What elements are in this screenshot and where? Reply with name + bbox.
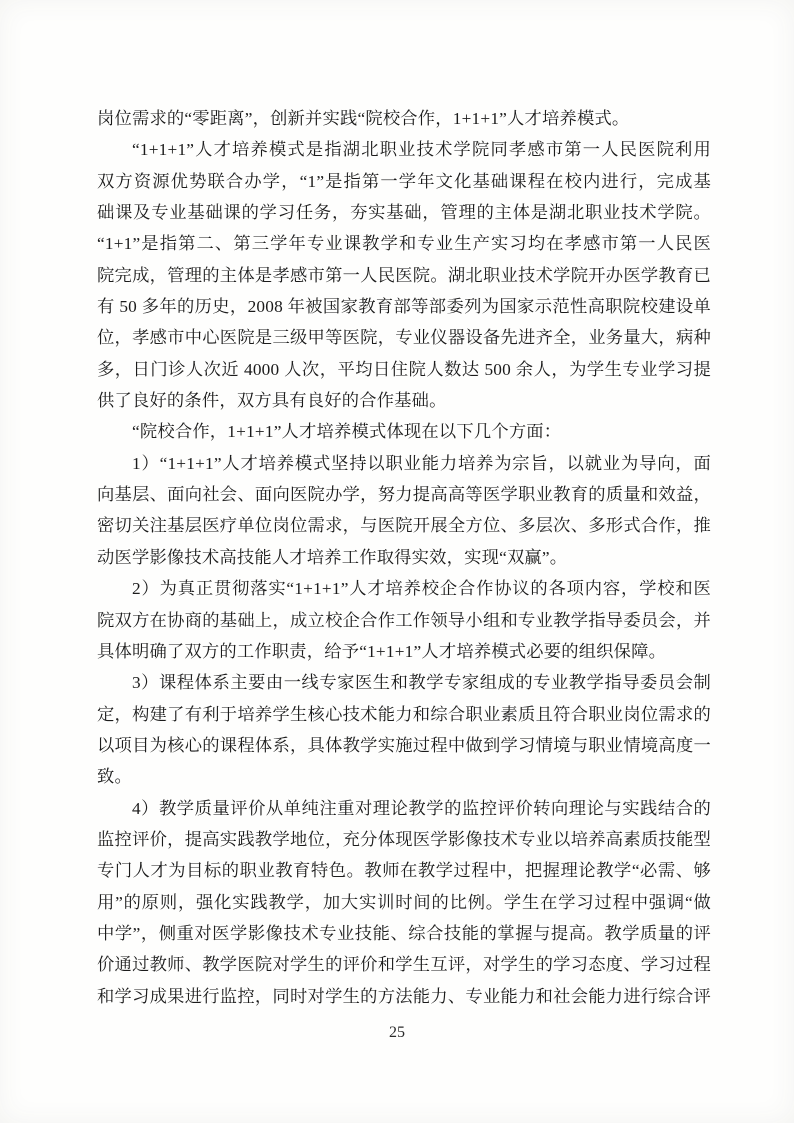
text-line: “院校合作，1+1+1”人才培养模式体现在以下几个方面： [97,416,711,447]
text-line: 具体明确了双方的工作职责，给予“1+1+1”人才培养模式必要的组织保障。 [97,636,711,667]
text-line: 4）教学质量评价从单纯注重对理论教学的监控评价转向理论与实践结合的 [97,793,711,824]
text-line: 中学”，侧重对医学影像技术专业技能、综合技能的掌握与提高。教学质量的评 [97,918,711,949]
text-line: 2）为真正贯彻落实“1+1+1”人才培养校企合作协议的各项内容，学校和医 [97,573,711,604]
text-line: 以项目为核心的课程体系，具体教学实施过程中做到学习情境与职业情境高度一 [97,730,711,761]
text-line: 有 50 多年的历史，2008 年被国家教育部等部委列为国家示范性高职院校建设单 [97,291,711,322]
text-line: 专门人才为目标的职业教育特色。教师在教学过程中，把握理论教学“必需、够 [97,855,711,886]
text-line: 价通过教师、教学医院对学生的评价和学生互评，对学生的学习态度、学习过程 [97,949,711,980]
text-line: 用”的原则，强化实践教学，加大实训时间的比例。学生在学习过程中强调“做 [97,887,711,918]
text-line: 3）课程体系主要由一线专家医生和教学专家组成的专业教学指导委员会制 [97,667,711,698]
text-line: 向基层、面向社会、面向医院办学，努力提高高等医学职业教育的质量和效益， [97,479,711,510]
page-number: 25 [389,1024,405,1041]
page-footer: 25 [0,1024,794,1042]
text-line: 位，孝感市中心医院是三级甲等医院，专业仪器设备先进齐全，业务量大，病种 [97,322,711,353]
text-line: 定，构建了有利于培养学生核心技术能力和综合职业素质且符合职业岗位需求的 [97,699,711,730]
text-line: 多，日门诊人次近 4000 人次，平均日住院人数达 500 余人，为学生专业学习… [97,354,711,385]
text-line: “1+1+1”人才培养模式是指湖北职业技术学院同孝感市第一人民医院利用 [97,134,711,165]
text-line: 院完成，管理的主体是孝感市第一人民医院。湖北职业技术学院开办医学教育已 [97,260,711,291]
document-page: 岗位需求的“零距离”，创新并实践“院校合作，1+1+1”人才培养模式。“1+1+… [0,0,794,1123]
text-line: 供了良好的条件，双方具有良好的合作基础。 [97,385,711,416]
text-line: “1+1”是指第二、第三学年专业课教学和专业生产实习均在孝感市第一人民医 [97,228,711,259]
text-line: 院双方在协商的基础上，成立校企合作工作领导小组和专业教学指导委员会，并 [97,605,711,636]
text-line: 致。 [97,761,711,792]
text-line: 础课及专业基础课的学习任务，夯实基础，管理的主体是湖北职业技术学院。 [97,197,711,228]
text-line: 岗位需求的“零距离”，创新并实践“院校合作，1+1+1”人才培养模式。 [97,103,711,134]
text-line: 双方资源优势联合办学，“1”是指第一学年文化基础课程在校内进行，完成基 [97,166,711,197]
text-line: 监控评价，提高实践教学地位，充分体现医学影像技术专业以培养高素质技能型 [97,824,711,855]
text-line: 密切关注基层医疗单位岗位需求，与医院开展全方位、多层次、多形式合作，推 [97,510,711,541]
text-line: 动医学影像技术高技能人才培养工作取得实效，实现“双赢”。 [97,542,711,573]
text-line: 1）“1+1+1”人才培养模式坚持以职业能力培养为宗旨，以就业为导向，面 [97,448,711,479]
text-line: 和学习成果进行监控，同时对学生的方法能力、专业能力和社会能力进行综合评 [97,981,711,1012]
document-body: 岗位需求的“零距离”，创新并实践“院校合作，1+1+1”人才培养模式。“1+1+… [97,103,711,1012]
